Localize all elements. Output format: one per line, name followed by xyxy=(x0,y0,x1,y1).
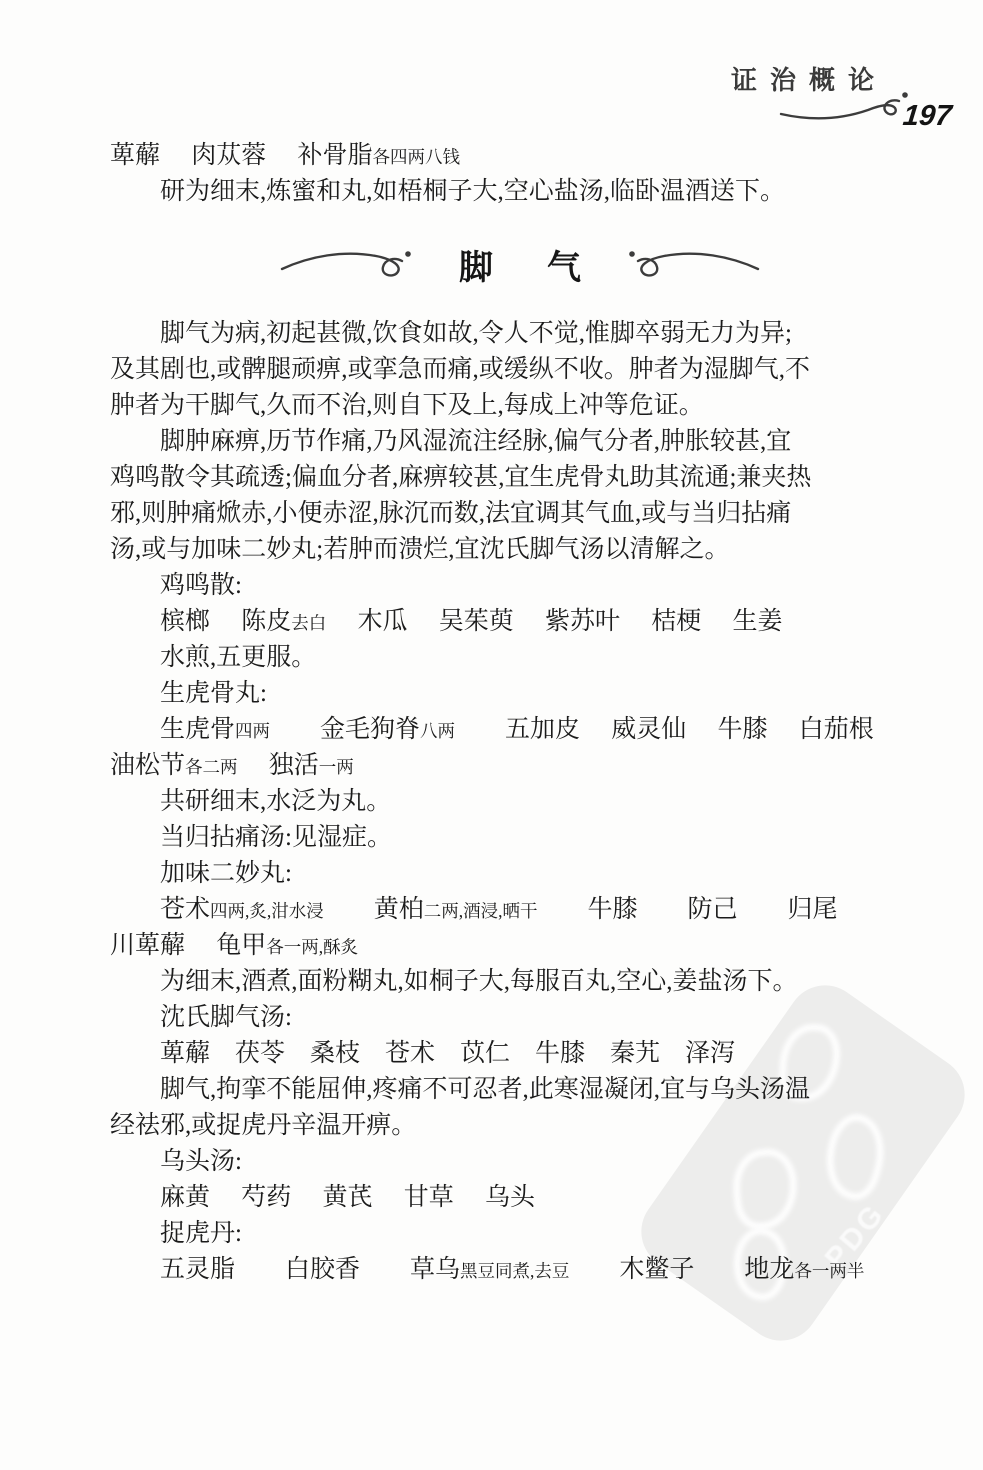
dosage-note: 四两 xyxy=(235,721,270,741)
header-flourish-icon xyxy=(778,84,910,128)
paragraph-line: 脚气,拘挛不能屈伸,疼痛不可忍者,此寒湿凝闭,宜与乌头汤温 xyxy=(110,1072,930,1108)
section-title-char1: 脚 xyxy=(459,240,493,289)
herb-line: 生虎骨四两 金毛狗脊八两 五加皮 威灵仙 牛膝 白茄根 xyxy=(110,712,930,748)
herb-names: 金毛狗脊 xyxy=(270,716,420,743)
recipe-name-line: 沈氏脚气汤: xyxy=(110,1000,930,1036)
dosage-note: 一两 xyxy=(319,757,354,777)
herb-names: 萆薢 肉苁蓉 补骨脂 xyxy=(110,142,373,169)
section-title: 脚 气 xyxy=(110,234,930,294)
instruction-line: 为细末,酒煮,面粉糊丸,如桐子大,每服百丸,空心,姜盐汤下。 xyxy=(110,964,930,1000)
paragraph-line: 肿者为干脚气,久而不治,则自下及上,每成上冲等危证。 xyxy=(110,388,930,424)
herb-names: 油松节 xyxy=(110,752,185,779)
dosage-note: 各四两八钱 xyxy=(373,147,461,167)
recipe-name-line: 生虎骨丸: xyxy=(110,676,930,712)
dosage-note: 去白 xyxy=(291,613,326,633)
paragraph-line: 脚气为病,初起甚微,饮食如故,令人不觉,惟脚卒弱无力为异; xyxy=(110,316,930,352)
instruction-line: 共研细末,水泛为丸。 xyxy=(110,784,930,820)
herb-names: 牛膝 防己 归尾 xyxy=(538,896,838,923)
dosage-note: 各二两 xyxy=(185,757,238,777)
herb-names: 五加皮 威灵仙 牛膝 白茄根 xyxy=(455,716,874,743)
paragraph-line: 鸡鸣散令其疏透;偏血分者,麻痹较甚,宜生虎骨丸助其流通;兼夹热 xyxy=(110,460,930,496)
paragraph-line: 及其剧也,或髀腿顽痹,或挛急而痛,或缓纵不收。肿者为湿脚气,不 xyxy=(110,352,930,388)
paragraph-line: 汤,或与加味二妙丸;若肿而溃烂,宜沈氏脚气汤以清解之。 xyxy=(110,532,930,568)
herb-names: 黄柏 xyxy=(324,896,424,923)
herb-names: 独活 xyxy=(238,752,319,779)
recipe-name-line: 鸡鸣散: xyxy=(110,568,930,604)
flourish-right-icon xyxy=(626,244,760,284)
herb-names: 木瓜 吴茱萸 紫苏叶 桔梗 生姜 xyxy=(326,608,782,635)
page-content: 萆薢 肉苁蓉 补骨脂各四两八钱 研为细末,炼蜜和丸,如梧桐子大,空心盐汤,临卧温… xyxy=(110,138,930,1288)
herb-line: 萆薢 茯苓 桑枝 苍术 苡仁 牛膝 秦艽 泽泻 xyxy=(110,1036,930,1072)
herb-line: 油松节各二两 独活一两 xyxy=(110,748,930,784)
dosage-note: 各一两,酥炙 xyxy=(266,937,358,957)
herb-names: 五灵脂 白胶香 草乌 xyxy=(160,1256,460,1283)
herb-line: 槟榔 陈皮去白 木瓜 吴茱萸 紫苏叶 桔梗 生姜 xyxy=(110,604,930,640)
herb-line: 川萆薢 龟甲各一两,酥炙 xyxy=(110,928,930,964)
page-number: 197 xyxy=(901,100,953,133)
dosage-note: 各一两半 xyxy=(794,1261,864,1281)
dosage-note: 黑豆同煮,去豆 xyxy=(460,1261,569,1281)
flourish-left-icon xyxy=(280,244,414,284)
herb-line: 麻黄 芍药 黄芪 甘草 乌头 xyxy=(110,1180,930,1216)
recipe-name-line: 捉虎丹: xyxy=(110,1216,930,1252)
herb-line: 萆薢 肉苁蓉 补骨脂各四两八钱 xyxy=(110,138,930,174)
recipe-reference-line: 当归拈痛汤:见湿症。 xyxy=(110,820,930,856)
dosage-note: 四两,炙,泔水浸 xyxy=(210,901,324,921)
dosage-note: 八两 xyxy=(420,721,455,741)
herb-names: 槟榔 陈皮 xyxy=(160,608,291,635)
paragraph-line: 经祛邪,或捉虎丹辛温开痹。 xyxy=(110,1108,930,1144)
herb-line: 五灵脂 白胶香 草乌黑豆同煮,去豆 木鳖子 地龙各一两半 xyxy=(110,1252,930,1288)
instruction-line: 研为细末,炼蜜和丸,如梧桐子大,空心盐汤,临卧温酒送下。 xyxy=(110,174,930,210)
book-page: PDG 证治概论 197 萆薢 肉苁蓉 补骨脂各四两八钱 研为细末,炼蜜和丸,如… xyxy=(0,0,983,1470)
section-title-char2: 气 xyxy=(547,240,581,289)
recipe-name-line: 加味二妙丸: xyxy=(110,856,930,892)
dosage-note: 二两,酒浸,晒干 xyxy=(424,901,538,921)
paragraph-line: 脚肿麻痹,历节作痛,乃风湿流注经脉,偏气分者,肿胀较甚,宜 xyxy=(110,424,930,460)
herb-line: 苍术四两,炙,泔水浸 黄柏二两,酒浸,晒干 牛膝 防己 归尾 xyxy=(110,892,930,928)
instruction-line: 水煎,五更服。 xyxy=(110,640,930,676)
herb-names: 川萆薢 龟甲 xyxy=(110,932,266,959)
recipe-name-line: 乌头汤: xyxy=(110,1144,930,1180)
paragraph-line: 邪,则肿痛焮赤,小便赤涩,脉沉而数,法宜调其气血,或与当归拈痛 xyxy=(110,496,930,532)
herb-names: 木鳖子 地龙 xyxy=(569,1256,794,1283)
herb-names: 苍术 xyxy=(160,896,210,923)
herb-names: 生虎骨 xyxy=(160,716,235,743)
